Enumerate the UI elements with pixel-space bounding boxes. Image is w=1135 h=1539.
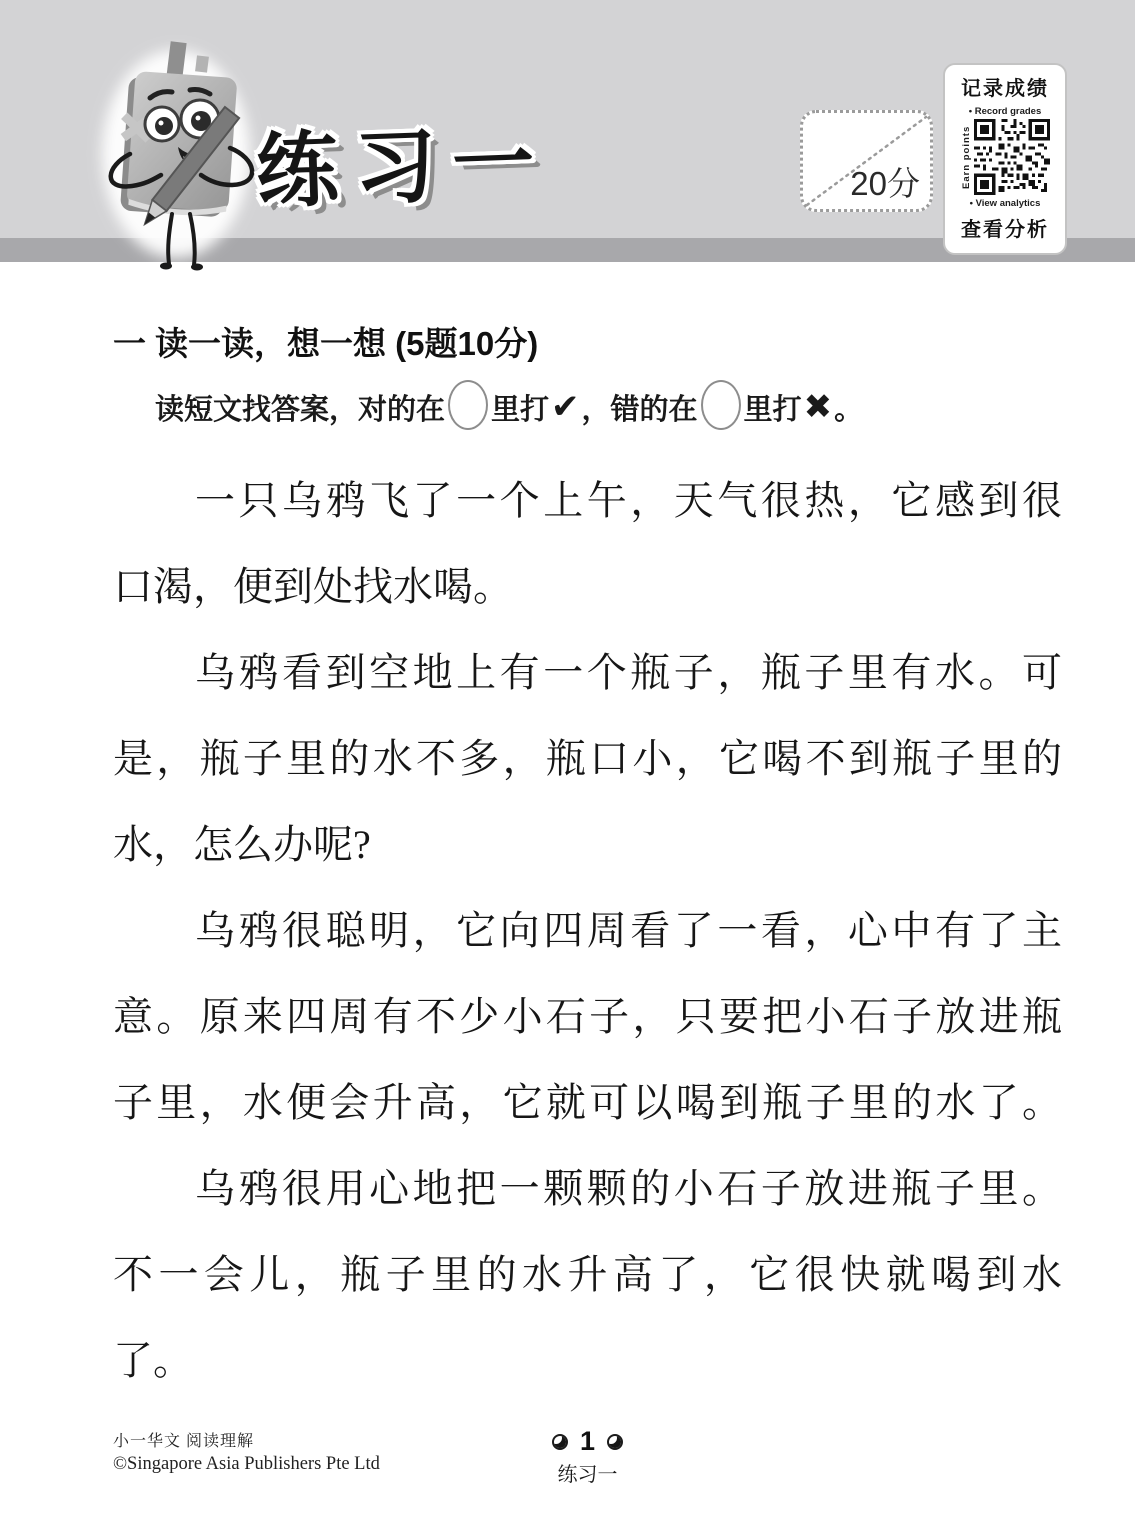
cross-mark-icon: ✖ bbox=[804, 387, 833, 427]
main-content: 一 读一读，想一想 (5题10分) 读短文找答案，对的在 里打 ✔ ，错的在 里… bbox=[113, 318, 1062, 1404]
passage-line: 水，怎么办呢? bbox=[113, 802, 1062, 888]
instruction-text: 里打 bbox=[744, 387, 802, 428]
passage-line: 了。 bbox=[113, 1318, 1062, 1404]
page-circle-icon bbox=[607, 1434, 623, 1450]
section-number: 一 bbox=[113, 318, 155, 365]
exercise-title: 练习一 bbox=[254, 97, 552, 224]
passage-line: 意。原来四周有不少小石子，只要把小石子放进瓶 bbox=[113, 974, 1062, 1060]
section-heading: 一 读一读，想一想 (5题10分) bbox=[113, 318, 1062, 365]
qr-view-analytics-label: • View analytics bbox=[970, 198, 1041, 209]
passage-line: 乌鸦很用心地把一颗颗的小石子放进瓶子里。 bbox=[113, 1146, 1062, 1232]
qr-earn-points-label: Earn points bbox=[961, 119, 972, 195]
qr-top-label: 记录成绩 bbox=[961, 72, 1049, 101]
answer-circle-icon bbox=[448, 380, 488, 430]
reading-passage: 一只乌鸦飞了一个上午，天气很热，它感到很 口渴，便到处找水喝。 乌鸦看到空地上有… bbox=[113, 458, 1062, 1404]
passage-line: 是，瓶子里的水不多，瓶口小，它喝不到瓶子里的 bbox=[113, 716, 1062, 802]
score-total-label: 20分 bbox=[850, 158, 920, 205]
passage-line: 不一会儿，瓶子里的水升高了，它很快就喝到水 bbox=[113, 1232, 1062, 1318]
passage-line: 乌鸦很聪明，它向四周看了一看，心中有了主 bbox=[113, 888, 1062, 974]
page-exercise-label: 练习一 bbox=[0, 1458, 1135, 1487]
page-number: 1 bbox=[580, 1426, 595, 1457]
instruction-text: 读短文找答案，对的在 bbox=[155, 387, 445, 428]
header-banner: 练习一 20分 记录成绩 • Record grades Earn points bbox=[0, 0, 1135, 262]
qr-code-icon bbox=[974, 119, 1050, 195]
check-mark-icon: ✔ bbox=[551, 387, 580, 427]
instruction-text: ，错的在 bbox=[582, 387, 698, 428]
page-number-block: 1 练习一 bbox=[0, 1426, 1135, 1487]
qr-record-grades-label: • Record grades bbox=[969, 106, 1042, 117]
instruction-line: 读短文找答案，对的在 里打 ✔ ，错的在 里打 ✖ 。 bbox=[155, 378, 1062, 436]
book-mascot-icon bbox=[84, 34, 266, 272]
passage-line: 一只乌鸦飞了一个上午，天气很热，它感到很 bbox=[113, 458, 1062, 544]
passage-line: 乌鸦看到空地上有一个瓶子，瓶子里有水。可 bbox=[113, 630, 1062, 716]
qr-panel: 记录成绩 • Record grades Earn points bbox=[943, 63, 1067, 255]
instruction-text: 。 bbox=[834, 387, 863, 428]
section-title: 读一读，想一想 (5题10分) bbox=[155, 318, 538, 365]
qr-bottom-label: 查看分析 bbox=[961, 213, 1049, 242]
worksheet-page: 练习一 20分 记录成绩 • Record grades Earn points bbox=[0, 0, 1135, 1539]
passage-line: 口渴，便到处找水喝。 bbox=[113, 544, 1062, 630]
passage-line: 子里，水便会升高，它就可以喝到瓶子里的水了。 bbox=[113, 1060, 1062, 1146]
score-box: 20分 bbox=[800, 110, 933, 212]
page-circle-icon bbox=[552, 1434, 568, 1450]
instruction-text: 里打 bbox=[491, 387, 549, 428]
answer-circle-icon bbox=[701, 380, 741, 430]
